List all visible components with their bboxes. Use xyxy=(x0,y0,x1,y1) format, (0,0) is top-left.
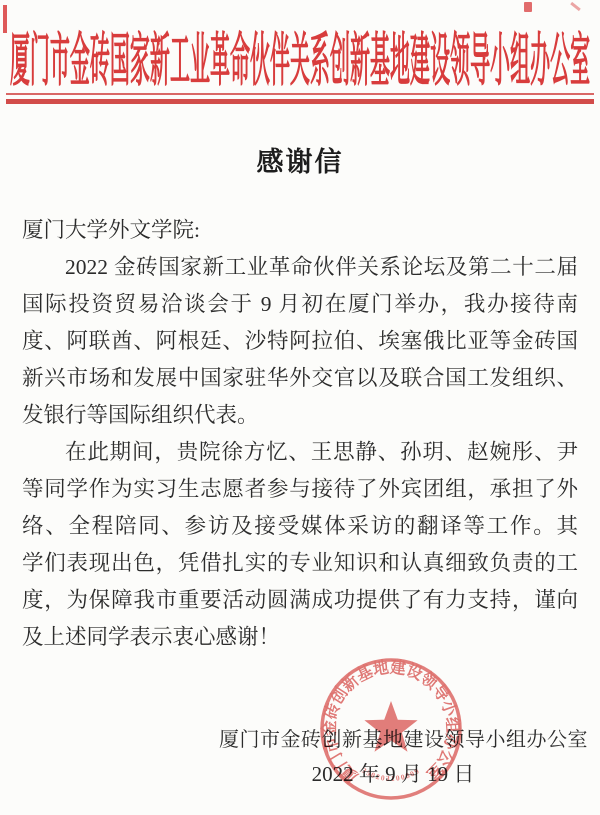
signature-org: 厦门市金砖创新基地建设领导小组办公室 xyxy=(219,723,588,752)
body-line: 及上述同学表示衷心感谢！ xyxy=(22,619,578,656)
signature-date: 2022 年 9 月 19 日 xyxy=(293,758,493,788)
letter-body: 厦门大学外文学院: 2022 金砖国家新工业革命伙伴关系论坛及第二十二届中国 国… xyxy=(22,212,578,656)
body-line: 度、阿联酋、阿根廷、沙特阿拉伯、埃塞俄比亚等金砖国家和 xyxy=(22,323,578,360)
body-line: 新兴市场和发展中国家驻华外交官以及联合国工发组织、新开 xyxy=(22,360,578,397)
body-line: 等同学作为实习生志愿者参与接待了外宾团组，承担了外宾联 xyxy=(22,471,578,508)
body-line: 发银行等国际组织代表。 xyxy=(22,397,578,434)
scan-artifact-top-right xyxy=(524,2,532,12)
body-line: 络、全程陪同、参访及接受媒体采访的翻译等工作。其间，同 xyxy=(22,508,578,545)
body-line: 在此期间，贵院徐方忆、王思静、孙玥、赵婉彤、尹佳骏 xyxy=(22,434,578,471)
body-line: 国际投资贸易洽谈会于 9 月初在厦门举办，我办接待南非、印 xyxy=(22,286,578,323)
body-line: 2022 金砖国家新工业革命伙伴关系论坛及第二十二届中国 xyxy=(22,249,578,286)
letter-title: 感谢信 xyxy=(0,140,600,179)
letterhead-rule-thin xyxy=(6,93,594,95)
org-header-title: 厦门市金砖国家新工业革命伙伴关系创新基地建设领导小组办公室 xyxy=(10,13,590,97)
body-line: 学们表现出色，凭借扎实的专业知识和认真细致负责的工作态 xyxy=(22,545,578,582)
body-line: 度，为保障我市重要活动圆满成功提供了有力支持，谨向贵院 xyxy=(22,582,578,619)
letterhead: 厦门市金砖国家新工业革命伙伴关系创新基地建设领导小组办公室 xyxy=(0,16,600,94)
letterhead-rule-thick xyxy=(6,99,594,104)
scan-artifact-top-right-2 xyxy=(570,2,581,11)
scanned-letter-page: { "theme": { "red": "#d83c3c", "rule": "… xyxy=(0,0,600,815)
salutation: 厦门大学外文学院: xyxy=(22,212,578,249)
